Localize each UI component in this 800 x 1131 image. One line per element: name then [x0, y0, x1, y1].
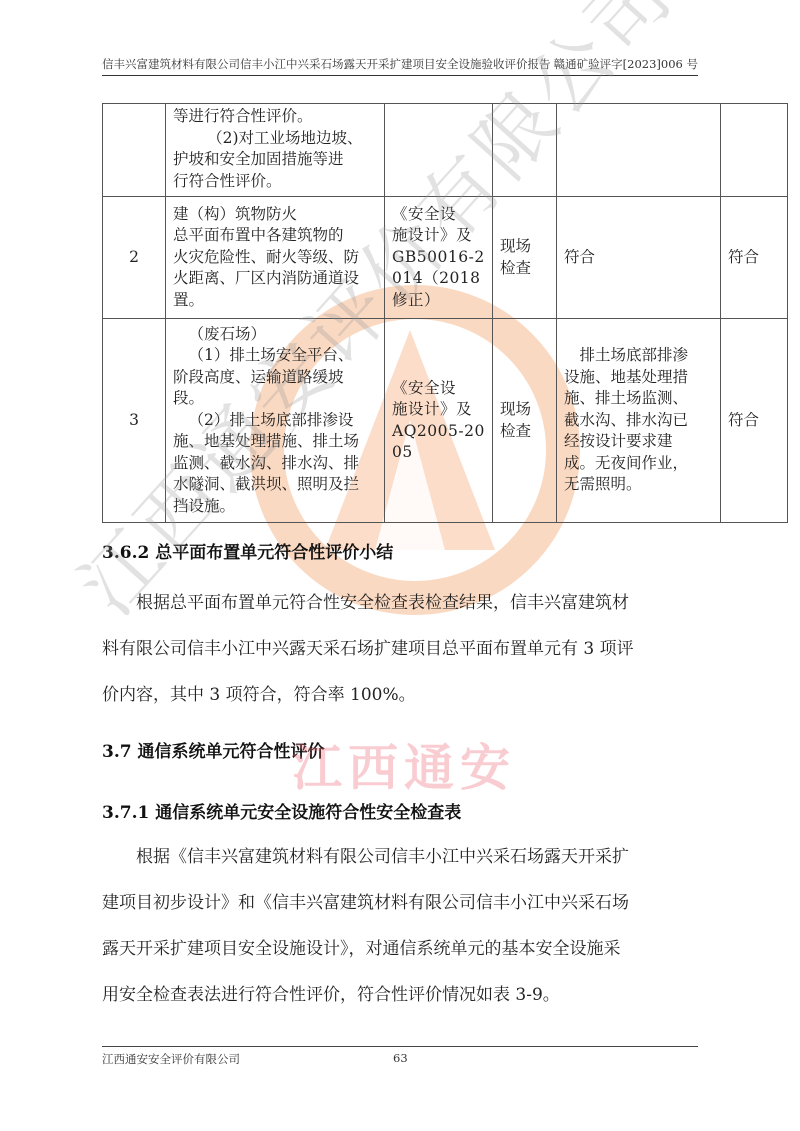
- cell-basis: 《安全设 施设计》及 AQ2005-20 05: [385, 319, 493, 523]
- footer-company: 江西通安安全评价有限公司: [102, 1052, 240, 1066]
- section-3-6-2-paragraph: 根据总平面布置单元符合性安全检查表检查结果，信丰兴富建筑材 料有限公司信丰小江中…: [102, 580, 698, 718]
- cell-result: 符合: [721, 197, 788, 319]
- cell-actual: [557, 104, 721, 197]
- cell-actual: 排土场底部排渗 设施、地基处理措 施、排土场监测、 截水沟、排水沟已 经按设计要…: [557, 319, 721, 523]
- cell-no: 3: [103, 319, 166, 523]
- page-number: 63: [393, 1051, 408, 1065]
- page-header: 信丰兴富建筑材料有限公司信丰小江中兴采石场露天开采扩建项目安全设施验收评价报告 …: [102, 52, 698, 76]
- table-row: 3 （废石场） （1）排土场安全平台、 阶段高度、运输道路缓坡 段。 （2）排土…: [103, 319, 788, 523]
- cell-result: 符合: [721, 319, 788, 523]
- cell-method: [493, 104, 557, 197]
- section-3-7-1-paragraph: 根据《信丰兴富建筑材料有限公司信丰小江中兴采石场露天开采扩 建项目初步设计》和《…: [102, 834, 698, 1018]
- header-title: 信丰兴富建筑材料有限公司信丰小江中兴采石场露天开采扩建项目安全设施验收评价报告: [102, 56, 551, 72]
- cell-result: [721, 104, 788, 197]
- header-doc-number: 赣通矿验评字[2023]006 号: [554, 56, 698, 72]
- cell-method: 现场 检查: [493, 197, 557, 319]
- cell-no: 2: [103, 197, 166, 319]
- cell-actual: 符合: [557, 197, 721, 319]
- page-footer: 江西通安安全评价有限公司 63: [102, 1046, 698, 1067]
- cell-no: [103, 104, 166, 197]
- cell-content: 建（构）筑物防火 总平面布置中各建筑物的 火灾危险性、耐火等级、防 火距离、厂区…: [166, 197, 385, 319]
- cell-basis: 《安全设 施设计》及 GB50016-2 014（2018 修正）: [385, 197, 493, 319]
- cell-content: （废石场） （1）排土场安全平台、 阶段高度、运输道路缓坡 段。 （2）排土场底…: [166, 319, 385, 523]
- cell-basis: [385, 104, 493, 197]
- section-heading-3-7: 3.7 通信系统单元符合性评价: [102, 737, 325, 762]
- table-row: 等进行符合性评价。 （2)对工业场地边坡、 护坡和安全加固措施等进 行符合性评价…: [103, 104, 788, 197]
- section-heading-3-7-1: 3.7.1 通信系统单元安全设施符合性安全检查表: [102, 798, 461, 823]
- table-row: 2 建（构）筑物防火 总平面布置中各建筑物的 火灾危险性、耐火等级、防 火距离、…: [103, 197, 788, 319]
- stamp-watermark: 江西通安: [292, 728, 516, 800]
- cell-method: 现场 检查: [493, 319, 557, 523]
- cell-content: 等进行符合性评价。 （2)对工业场地边坡、 护坡和安全加固措施等进 行符合性评价…: [166, 104, 385, 197]
- section-heading-3-6-2: 3.6.2 总平面布置单元符合性评价小结: [102, 538, 393, 563]
- safety-check-table: 等进行符合性评价。 （2)对工业场地边坡、 护坡和安全加固措施等进 行符合性评价…: [102, 103, 788, 523]
